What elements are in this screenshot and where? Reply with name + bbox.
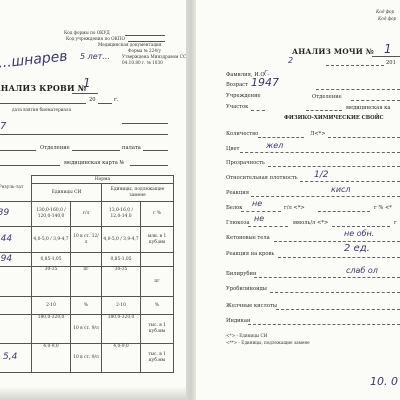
si-range: 2-10 <box>32 297 71 315</box>
prop-label-density: Относительная плотность <box>226 175 298 181</box>
old-unit <box>141 253 174 267</box>
old-units-header: Единицы, подлежащие замене <box>102 184 174 202</box>
prop-value-blood-reaction: 2 ед. <box>344 243 370 254</box>
sample-date-caption: дата взятия биоматериала <box>12 107 71 112</box>
field-label-district: Участок <box>226 104 248 110</box>
si-range: 0,85-1,05 <box>32 253 71 267</box>
prop-value-protein: не <box>252 199 262 208</box>
year-label: 20 <box>89 97 96 103</box>
si-unit: г/л <box>71 202 102 227</box>
si-range: 130,0-160,0 / 120,0-140,0 <box>32 202 71 227</box>
year-label: 201 <box>386 60 396 66</box>
prop-unit-protein: г/л <*> <box>284 205 305 211</box>
si-unit: % <box>71 297 102 315</box>
footnote-old-units: <**> - Единицы, подлежащие замене <box>226 340 310 345</box>
handwritten-patient-name: ...шнарев <box>0 48 68 71</box>
si-range: 180,0-320,0 <box>32 315 71 344</box>
si-unit: 10 в ст. 9/л <box>71 344 102 373</box>
prop-label-transparency: Прозрачность <box>226 160 265 166</box>
prop-value-glucose: не <box>254 214 264 223</box>
old-unit: г % <box>141 202 174 227</box>
prop-label-bile-acids: Желчные кислоты <box>226 303 277 309</box>
handwritten-mark: 7 <box>0 121 6 132</box>
prop-label-glucose: Глюкоза <box>226 220 250 226</box>
prop-value-color: жел <box>266 141 283 150</box>
department-label: Отделение <box>40 145 70 151</box>
old-range: 0,85-1,05 <box>102 253 141 267</box>
prop-value-ketones: не обн. <box>344 229 374 238</box>
urine-analysis-title: АНАЛИЗ МОЧИ № <box>292 47 374 56</box>
signature-date: 10. 0 <box>370 375 398 388</box>
old-range: 4,0-5,0 / 3,9-4,7 <box>102 227 141 253</box>
form-number: Форма № 224/у <box>128 48 161 53</box>
blood-analysis-title: АНАЛИЗ КРОВИ № <box>0 83 87 93</box>
old-range: 2-10 <box>102 297 141 315</box>
si-unit: 10 в ст. 12/л <box>71 227 102 253</box>
blood-analysis-number: 1 <box>83 76 91 90</box>
old-unit: тыс. в 1 куб.мм <box>141 315 174 344</box>
old-unit: пг <box>141 267 174 297</box>
med-doc-label: Медицинская документация <box>98 42 162 47</box>
med-card-label: медицинская карта № <box>64 160 124 166</box>
old-unit: % <box>141 297 174 315</box>
result-header: Резуль-тат <box>0 176 32 202</box>
prop-unit2-glucose: г <box>394 220 397 226</box>
prop-label-urobilinoids: Уробилиноиды <box>226 286 267 292</box>
prop-label-reaction: Реакция <box>226 190 249 196</box>
okpo-label-right: Код фор <box>378 16 396 21</box>
field-label-department: Отделение <box>312 94 342 100</box>
prop-unit2-protein: г % <* <box>374 205 392 211</box>
field-label-institution: Учреждение <box>226 93 261 99</box>
norm-header: Норма <box>32 176 174 184</box>
result-erythrocytes: 4,44 <box>0 227 32 253</box>
field-label-age: Возраст <box>226 82 248 88</box>
result-reticulocytes <box>0 297 32 315</box>
footnote-si-units: <*> - Единицы СИ <box>226 333 267 338</box>
old-unit: млн. в 1 куб.мм <box>141 227 174 253</box>
year-suffix: г. <box>114 97 118 103</box>
prop-label-indican: Индикан <box>226 318 250 324</box>
prop-unit-glucose: ммоль/л <*> <box>293 220 328 226</box>
old-range: 4,0-9,0 <box>102 344 141 373</box>
ward-label: палата <box>122 145 141 151</box>
blood-analysis-form: Код формы по ОКУД Код учреждения по ОКПО… <box>0 0 188 400</box>
okud-label: Код формы по ОКУД <box>64 30 110 35</box>
result-hemoglobin: 139 <box>0 202 32 227</box>
si-range: 30-35 <box>32 267 71 297</box>
field-value-age: 1947 <box>251 76 279 89</box>
okud-label-right: Код фор <box>376 9 394 14</box>
prop-value-reaction: кисл <box>331 185 351 194</box>
urine-analysis-form: Код фор Код фор АНАЛИЗ МОЧИ № 1 2 201 Фа… <box>196 0 400 400</box>
prop-label-bilirubin: Билирубин <box>226 271 256 277</box>
order-number: 04.10.80 г. № 1030 <box>122 60 163 65</box>
old-range: 180,0-320,0 <box>102 315 141 344</box>
prop-label-quantity: Количество <box>226 131 258 137</box>
date-day-hand: 2 <box>288 56 293 65</box>
result-leukocytes: 5,4 <box>0 344 32 373</box>
prop-label-blood-reaction: Реакция на кровь <box>226 251 274 257</box>
okpo-label: Код учреждения по ОКПО <box>66 36 125 41</box>
result-color-index: 0,94 <box>0 253 32 267</box>
prop-label-color: Цвет <box>226 146 239 152</box>
si-unit: пг <box>71 267 102 297</box>
si-unit <box>71 253 102 267</box>
result-mch <box>0 267 32 297</box>
urine-analysis-number: 1 <box>384 42 392 56</box>
old-range: 13,0-16,0 / 12,0-14,0 <box>102 202 141 227</box>
old-unit: тыс. в 1 куб.мм <box>141 344 174 373</box>
si-unit: 10 в ст. 9/л <box>71 315 102 344</box>
field-label-med-card: медицинская ка <box>346 105 391 111</box>
prop-label-ketones: Кетоновые тела <box>226 235 270 241</box>
result-platelets <box>0 315 32 344</box>
si-range: 4,0-5,0 / 3,9-4,7 <box>32 227 71 253</box>
handwritten-extra: 5 лет... <box>80 52 110 61</box>
si-units-header: Единицы СИ <box>32 184 102 202</box>
old-range: 30-35 <box>102 267 141 297</box>
prop-value-density: 1/2 <box>314 170 328 180</box>
prop-value-bilirubin: слаб ол <box>346 266 378 275</box>
physicochemical-section-title: ФИЗИКО-ХИМИЧЕСКИЕ СВОЙС <box>284 115 384 121</box>
ministry-approval: Утверждена Минздравом СССР <box>122 54 188 59</box>
blood-norms-table: Резуль-тат Норма Единицы СИ Единицы, под… <box>0 175 174 373</box>
prop-unit-quantity: Л<*> <box>310 131 326 137</box>
si-range: 4,0-9,0 <box>32 344 71 373</box>
